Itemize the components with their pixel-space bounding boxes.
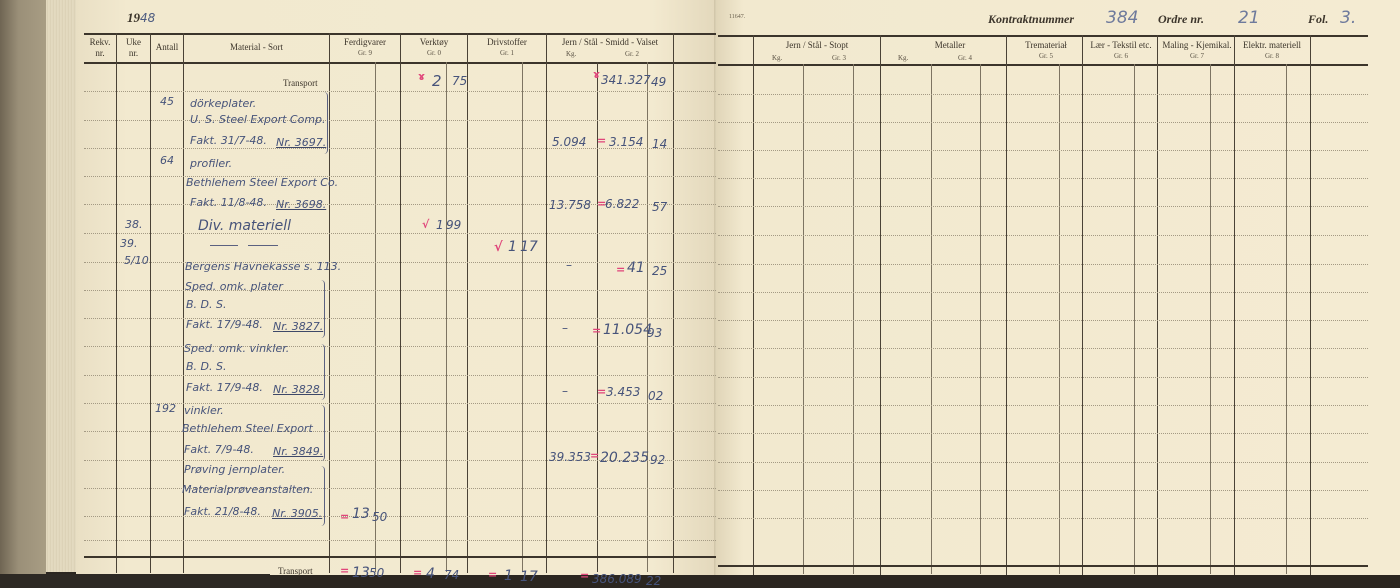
col-header-tremateriale: TremateriałGr. 5 — [1010, 40, 1082, 62]
col-rule — [375, 62, 376, 572]
col-rule — [1286, 64, 1287, 574]
col-rule — [1210, 64, 1211, 574]
col-rule — [803, 64, 804, 574]
col-rule — [446, 62, 447, 572]
header-bottom-rule-right — [718, 64, 1368, 66]
col-rule — [880, 35, 881, 575]
col-rule — [546, 33, 547, 573]
desk-background — [0, 574, 270, 588]
col-header-verktoy: VerktøyGr. 0 — [400, 37, 468, 59]
transport-label-bottom: Transport — [278, 566, 313, 576]
col-rule — [647, 62, 648, 572]
book-binding — [0, 0, 46, 588]
col-rule — [1134, 64, 1135, 574]
col-sub-gr4: Gr. 4 — [958, 54, 972, 62]
col-rule — [1006, 35, 1007, 575]
col-rule — [1082, 35, 1083, 575]
col-rule — [1157, 35, 1158, 575]
col-rule — [931, 64, 932, 574]
col-rule — [853, 64, 854, 574]
col-rule — [673, 33, 674, 573]
col-sub-kg-3: Kg. — [772, 54, 782, 62]
col-rule — [753, 35, 754, 575]
order-label: Ordre nr. — [1158, 12, 1204, 27]
header-top-rule-right — [718, 35, 1368, 37]
col-header-antall: Antall — [151, 42, 183, 53]
col-rule — [1059, 64, 1060, 574]
col-header-maling: Maling - Kjemikal.Gr. 7 — [1158, 40, 1236, 62]
page-edges — [46, 0, 77, 572]
col-header-ferdigvarer: FerdigvarerGr. 9 — [330, 37, 400, 59]
order-number: 21 — [1238, 8, 1260, 28]
folio-label: Fol. — [1308, 12, 1328, 27]
col-rule — [150, 33, 151, 573]
col-header-jern-valset: Jern / Stål - Smidd - Valset — [546, 37, 674, 48]
transport-label-top: Transport — [283, 78, 318, 88]
check-mark: ɤ — [418, 70, 425, 83]
contract-number: 384 — [1106, 8, 1138, 28]
right-page — [716, 0, 1400, 575]
col-rule — [1310, 35, 1311, 575]
form-number: 11647. — [729, 14, 745, 20]
col-header-drivstoffer: DrivstofferGr. 1 — [468, 37, 546, 59]
col-header-material: Material - Sort — [184, 42, 329, 53]
col-header-elektr: Elektr. materiellGr. 8 — [1234, 40, 1310, 62]
col-header-rekv: Rekv.nr. — [84, 37, 116, 59]
col-rule — [329, 33, 330, 573]
col-header-jern-stopt: Jern / Stål - Stopt — [754, 40, 880, 51]
col-sub-gr2: Gr. 2 — [625, 50, 639, 58]
col-header-uke: Ukenr. — [117, 37, 150, 59]
col-header-laer-tekstil: Lær - Tekstil etc.Gr. 6 — [1083, 40, 1159, 62]
year-heading: 1948 — [127, 10, 155, 26]
check-mark: ɤ — [593, 68, 600, 81]
col-rule — [400, 33, 401, 573]
col-sub-gr3: Gr. 3 — [832, 54, 846, 62]
col-rule — [116, 33, 117, 573]
transport-verktoy: 2 — [432, 72, 442, 90]
contract-label: Kontraktnummer — [988, 12, 1074, 27]
folio-number: 3. — [1340, 8, 1356, 28]
col-header-metaller: Metaller — [880, 40, 1020, 51]
total-rule-right — [718, 565, 1368, 567]
col-sub-kg-4: Kg. — [898, 54, 908, 62]
transport-jern: 341.327 — [601, 73, 651, 87]
total-rule-left — [84, 556, 716, 558]
col-rule — [467, 33, 468, 573]
transport-verktoy-ore: 75 — [452, 74, 467, 88]
transport-jern-ore: 49 — [651, 75, 666, 89]
col-rule — [522, 62, 523, 572]
col-sub-kg: Kg. — [566, 50, 576, 58]
col-rule — [1234, 35, 1235, 575]
col-rule — [980, 64, 981, 574]
